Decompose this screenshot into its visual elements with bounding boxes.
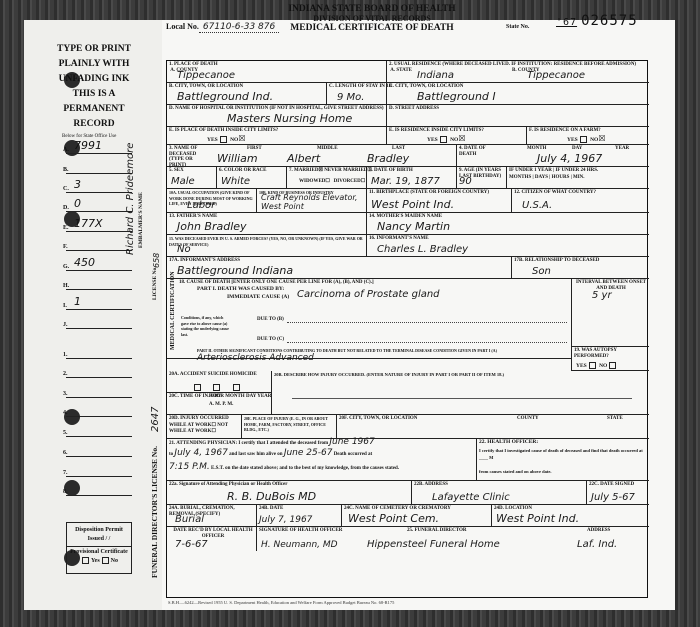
- cemetery-field: 24c. NAME OF CEMETERY OR CREMATORY West …: [342, 505, 492, 527]
- farm-no-checked[interactable]: ☒: [598, 134, 605, 143]
- residence-inside-city-field: e. IS RESIDENCE INSIDE CITY LIMITS? YES …: [387, 127, 527, 145]
- residence-state-county-field: 2. USUAL RESIDENCE (Where deceased lived…: [387, 61, 649, 83]
- deceased-name-field: 3. NAME OF DECEASED (Type or print) Firs…: [167, 145, 457, 167]
- funeral-director-field: SIGNATURE OF HEALTH OFFICER 25. FUNERAL …: [257, 527, 649, 551]
- stub-line: 3.: [66, 384, 132, 398]
- time-of-injury-field: 20c. TIME OF INJURY Hour Month Day Year …: [167, 393, 272, 415]
- state-number-label: State No.: [506, 24, 529, 30]
- armed-forces-field: 15. WAS DECEASED EVER IN U. S. ARMED FOR…: [167, 235, 367, 257]
- date-signed-field: 22c. DATE SIGNED July 5-67: [587, 481, 649, 505]
- relationship-field: 17b. RELATIONSHIP TO DECEASED Son: [512, 257, 649, 279]
- length-of-stay-field: c. Length of Stay in 1b 9 Mo.: [327, 83, 387, 105]
- stub-line: C.3: [66, 179, 132, 193]
- part2-field: Arteriosclerosis Advanced: [167, 359, 572, 371]
- physician-certification-field: 21. ATTENDING PHYSICIAN: I certify that …: [167, 439, 477, 481]
- accident-checkbox[interactable]: [194, 384, 201, 391]
- race-field: 6. COLOR OR RACE White: [217, 167, 287, 189]
- stub-line: 4.: [66, 403, 132, 417]
- death-city-field: b. CITY, TOWN, OR LOCATION Battleground …: [167, 83, 327, 105]
- injury-description-field: 20b. DESCRIBE HOW INJURY OCCURRED. (Ente…: [272, 371, 649, 415]
- father-name-field: 13. FATHER'S NAME John Bradley: [167, 213, 367, 235]
- immediate-cause: Carcinoma of Prostate gland: [297, 289, 440, 300]
- burial-type-field: 24a. BURIAL, CREMATION, REMOVAL (Specify…: [167, 505, 257, 527]
- interval-field: INTERVAL BETWEEN ONSET AND DEATH 5 yr: [572, 279, 649, 347]
- death-city-no-checked[interactable]: ☒: [238, 134, 245, 143]
- residence-city-field: c. CITY, TOWN, OR LOCATION Battleground …: [387, 83, 649, 105]
- place-of-injury-field: 20e. PLACE OF INJURY (e. g., in or about…: [242, 415, 337, 439]
- stub-line: I.1: [66, 296, 132, 310]
- autopsy-yes-checkbox[interactable]: [589, 362, 596, 369]
- stub-line: 7.: [66, 463, 132, 477]
- deceased-middle: Albert: [287, 152, 320, 165]
- sex-field: 5. SEX Male: [167, 167, 217, 189]
- citizenship-field: 12. CITIZEN OF WHAT COUNTRY? U.S.A.: [512, 189, 649, 213]
- date-of-birth-field: 8. DATE OF BIRTH Mar. 19, 1877: [367, 167, 457, 189]
- deceased-last: Bradley: [367, 152, 409, 165]
- stub-line: F.: [66, 237, 132, 251]
- informant-name-field: 16. INFORMANT'S NAME Charles L. Bradley: [367, 235, 649, 257]
- stub-line: A.7991: [66, 140, 132, 154]
- autopsy-no-checkbox[interactable]: [609, 362, 616, 369]
- stub-line: 1.: [66, 345, 132, 359]
- embalmer-name: Richard C. Prideemore: [125, 143, 136, 255]
- stub-line: 2.: [66, 364, 132, 378]
- residence-city-no-checked[interactable]: ☒: [458, 134, 465, 143]
- local-number: Local No.67110-6-33 876: [166, 22, 279, 32]
- certificate-number: '67026575: [556, 13, 638, 29]
- birthplace-field: 11. BIRTHPLACE (State or foreign country…: [367, 189, 512, 213]
- form-footer: S.B.H.—6242—Revised 1955 U. S. Departmen…: [168, 600, 394, 605]
- stub-line: E.177X: [66, 218, 132, 232]
- provisional-yes-checkbox[interactable]: [82, 557, 89, 564]
- stub-line: 5.: [66, 423, 132, 437]
- mother-name-field: 14. MOTHER'S MAIDEN NAME Nancy Martin: [367, 213, 649, 235]
- disposition-permit-box: Disposition Permit Issued / / Provisiona…: [66, 522, 132, 574]
- certificate-header: INDIANA STATE BOARD OF HEALTH DIVISION O…: [262, 4, 482, 33]
- under-one-year-field: IF UNDER 1 YEAR | IF UNDER 24 HRS. Month…: [507, 167, 649, 189]
- cause-of-death-field: 18. CAUSE OF DEATH [Enter only one cause…: [167, 279, 572, 359]
- informant-address-field: 17a. INFORMANT'S ADDRESS Battleground In…: [167, 257, 512, 279]
- autopsy-field: 19. WAS AUTOPSY PERFORMED? YES NO: [572, 347, 649, 371]
- physician-address-field: 22b. ADDRESS Lafayette Clinic: [412, 481, 587, 505]
- certificate-form: 1. PLACE OF DEATH a. COUNTY Tippecanoe 2…: [166, 60, 648, 598]
- injury-at-work-field: 20d. INJURY OCCURRED WHILE AT WORK☐ NOT …: [167, 415, 242, 439]
- stub-line: B.: [66, 160, 132, 174]
- burial-date-field: 24b. DATE July 7, 1967: [257, 505, 342, 527]
- industry-field: 10b. KIND OF BUSINESS OR INDUSTRY Craft …: [257, 189, 367, 213]
- embalmer-label: EMBALMER'S NAME: [138, 192, 144, 248]
- health-officer-field: 22. HEALTH OFFICER: I certify that I inv…: [477, 439, 649, 481]
- stub-line: J.: [66, 315, 132, 329]
- stub-line: G.450: [66, 257, 132, 271]
- date-of-death-field: 4. DATE OF DEATH Month Day Year July 4, …: [457, 145, 649, 167]
- physician-signature-field: 22a. Signature of Attending Physician or…: [167, 481, 412, 505]
- funeral-director-license-label: FUNERAL DIRECTOR'S LICENSE No.: [150, 446, 159, 578]
- deceased-first: William: [217, 152, 258, 165]
- license-number: 658: [152, 253, 161, 268]
- stub-line: D.0: [66, 198, 132, 212]
- injury-type-field: 20a. ACCIDENT SUICIDE HOMICIDE: [167, 371, 272, 393]
- suicide-checkbox[interactable]: [213, 384, 220, 391]
- homicide-checkbox[interactable]: [233, 384, 240, 391]
- license-label: LICENSE No.: [152, 266, 158, 300]
- stub-line: 8.: [66, 482, 132, 496]
- stub-instructions: TYPE OR PRINT PLAINLY WITH UNFADING INK …: [54, 42, 134, 132]
- death-inside-city-field: e. IS PLACE OF DEATH INSIDE CITY LIMITS?…: [167, 127, 387, 145]
- injury-location-field: 20f. CITY, TOWN, OR LOCATION COUNTY STAT…: [337, 415, 649, 439]
- marital-status-field: 7. MARRIED☒ NEVER MARRIED☐ WIDOWED☐ DIVO…: [287, 167, 367, 189]
- occupation-field: 10a. USUAL OCCUPATION (Give kind of work…: [167, 189, 257, 213]
- death-city-yes-checkbox[interactable]: [220, 136, 227, 143]
- stub-line: 6.: [66, 443, 132, 457]
- age-field: 9. AGE (In years last birthday) 90: [457, 167, 507, 189]
- funeral-director-license-number: 2647: [150, 407, 161, 432]
- provisional-no-checkbox[interactable]: [102, 557, 109, 564]
- death-county-field: 1. PLACE OF DEATH a. COUNTY Tippecanoe: [167, 61, 387, 83]
- farm-yes-checkbox[interactable]: [580, 136, 587, 143]
- medical-certification-label: MEDICAL CERTIFICATION: [170, 271, 176, 350]
- burial-location-field: 24d. LOCATION West Point Ind.: [492, 505, 649, 527]
- residence-street-field: d. STREET ADDRESS: [387, 105, 649, 127]
- residence-city-yes-checkbox[interactable]: [440, 136, 447, 143]
- residence-farm-field: f. IS RESIDENCE ON A FARM? YES NO☒: [527, 127, 649, 145]
- stub-line: H.: [66, 276, 132, 290]
- date-received-field: DATE REC'D BY LOCAL HEALTH OFFICER 7-6-6…: [167, 527, 257, 551]
- hospital-field: d. NAME OF HOSPITAL OR INSTITUTION (If n…: [167, 105, 387, 127]
